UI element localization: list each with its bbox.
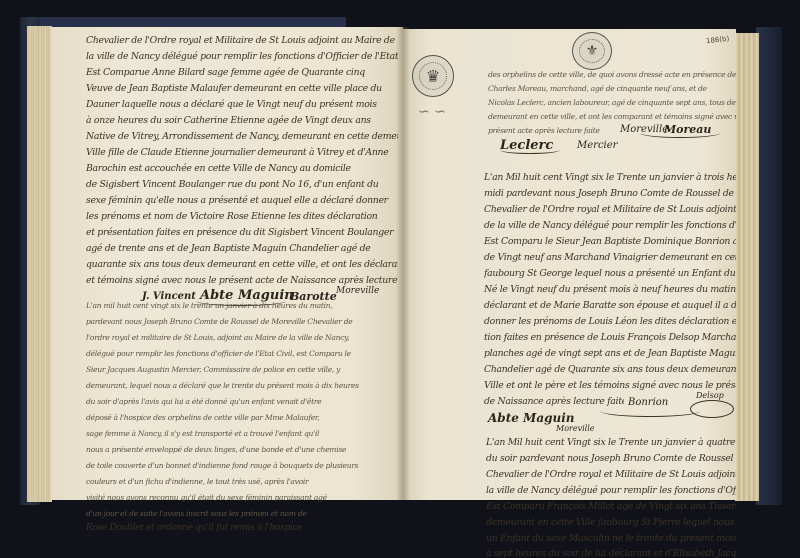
signature-flourish: [690, 400, 734, 418]
left-line: et témoins signé avec nous le présent ac…: [86, 275, 398, 286]
right-line: demeurant en cette Ville faubourg St Pie…: [486, 517, 736, 528]
right-line: donner les prénoms de Louis Léon les dit…: [484, 316, 736, 327]
page-stack-right: [735, 33, 759, 501]
left-line: sage femme à Nancy, il s'y est transport…: [86, 429, 398, 438]
right-line: Nicolas Leclerc, ancien laboureur, agé d…: [488, 98, 736, 107]
right-line: Est Comparu le Sieur Jean Baptiste Domin…: [484, 236, 736, 247]
left-line: Sieur Jacques Augustin Mercier, Commissa…: [86, 365, 398, 374]
left-line: L'an mil huit cent vingt six le trente u…: [86, 301, 398, 310]
left-line: pardevant nous Joseph Bruno Comte de Rou…: [86, 317, 398, 326]
crown-crest-icon: ⚜: [586, 43, 599, 59]
left-line: Dauner laquelle nous a déclaré que le Vi…: [86, 99, 398, 110]
left-line: à onze heures du soir Catherine Etienne …: [86, 115, 398, 126]
right-line: demeurant en cette ville, et ont les com…: [488, 112, 736, 121]
left-line: nous a présenté enveloppé de deux linges…: [86, 445, 398, 454]
right-line: L'an Mil huit cent Vingt six le Trente u…: [486, 437, 736, 448]
signature-flourish: [500, 146, 560, 154]
left-line: Est Comparue Anne Bilard sage femme agée…: [86, 67, 398, 78]
right-line: des orphelins de cette ville, de quoi av…: [488, 70, 736, 79]
left-line: déposé à l'hospice des orphelins de cett…: [86, 413, 398, 422]
left-line: Native de Vitrey, Arrondissement de Nanc…: [86, 131, 398, 142]
right-line: Charles Moreau, marchand, agé de cinquan…: [488, 84, 736, 93]
seated-figure-icon: ♛: [426, 67, 440, 86]
left-line: quarante six ans tous deux demeurant en …: [86, 259, 398, 270]
page-stack-left: [27, 26, 52, 502]
left-line: couleurs et d'un fichu d'indienne, le to…: [86, 477, 398, 486]
right-line: tion faites en présence de Louis Françoi…: [484, 332, 736, 343]
right-line: Né le Vingt neuf du présent mois à neuf …: [484, 284, 736, 295]
right-line: la ville de Nancy délégué pour remplir l…: [486, 485, 736, 496]
signature-flourish: [640, 128, 720, 138]
margin-flourish: ∽ ∽: [418, 104, 446, 120]
right-line: de Naissance après lecture faite: [484, 396, 624, 407]
signature: Delsop: [696, 391, 724, 400]
left-line: de toile couverte d'un bonnet d'indienne…: [86, 461, 398, 470]
left-line: et présentation faites en présence du di…: [86, 227, 398, 238]
seal-stamp-left: ♛: [412, 55, 454, 97]
book-gutter: [396, 27, 410, 500]
right-line: du soir pardevant nous Joseph Bruno Comt…: [486, 453, 736, 464]
right-line: Ville et ont le père et les témoins sign…: [484, 380, 736, 391]
left-line: visité nous avons reconnu qu'il était du…: [86, 493, 398, 502]
left-line: demeurant, lequel nous a déclaré que le …: [86, 381, 398, 390]
left-line: de Sigisbert Vincent Boulanger rue du po…: [86, 179, 398, 190]
right-line: déclarant et de Marie Baratte son épouse…: [484, 300, 736, 311]
signature: Mercier: [577, 140, 617, 151]
right-line: un Enfant du sexe Masculin né le trente …: [486, 533, 736, 544]
right-line: de la ville de Nancy délégué pour rempli…: [484, 220, 736, 231]
left-line: les prénoms et nom de Victoire Rose Etie…: [86, 211, 398, 222]
signature: Moreville: [336, 286, 379, 296]
right-line: L'an Mil huit cent Vingt six le Trente u…: [484, 172, 736, 183]
signature-flourish: [600, 405, 700, 417]
left-line: délégué pour remplir les fonctions d'off…: [86, 349, 398, 358]
left-line: l'ordre royal et militaire de St Louis, …: [86, 333, 398, 342]
book-cover-top-edge: [24, 17, 346, 27]
right-line: planches agé de vingt sept ans et de Jea…: [484, 348, 736, 359]
left-line: Ville fille de Claude Etienne journalier…: [86, 147, 398, 158]
right-line: Chandelier agé de Quarante six ans tous …: [484, 364, 736, 375]
right-line: midi pardevant nous Joseph Bruno Comte d…: [484, 188, 736, 199]
left-line: Chevalier de l'Ordre royal et Militaire …: [86, 35, 398, 46]
seal-stamp-right: ⚜: [572, 32, 612, 70]
right-line: Est Comparu François Millot agé de Vingt…: [486, 501, 736, 512]
left-line: agé de trente ans et de Jean Baptiste Ma…: [86, 243, 398, 254]
left-line: la ville de Nancy délégué pour remplir l…: [86, 51, 398, 62]
signature: Moreville: [556, 424, 595, 433]
book-cover-right: [756, 27, 782, 505]
right-line: présent acte après lecture faite: [488, 126, 618, 135]
signature: Abte Maguin: [488, 411, 575, 425]
left-line: d'un jour et de suite l'avons inscrit so…: [86, 509, 398, 518]
right-line: Chevalier de l'Ordre royal et Militaire …: [484, 204, 736, 215]
left-line: sexe féminin qu'elle nous a présenté et …: [86, 195, 398, 206]
right-line: à sept heures du soir de lui déclarant e…: [486, 548, 736, 558]
left-line: du soir d'après l'avis qui lui a été don…: [86, 397, 398, 406]
right-line: Chevalier de l'Ordre royal et Militaire …: [486, 469, 736, 480]
right-line: de Vingt neuf ans Marchand Vinaigrier de…: [484, 252, 736, 263]
left-line: Rose Doublet et ordonné qu'il fut remis …: [86, 523, 398, 533]
left-line: Veuve de Jean Baptiste Malaufer demeuran…: [86, 83, 398, 94]
right-line: faubourg St George lequel nous a présent…: [484, 268, 736, 279]
left-line: Barochin est accouchée en cette Ville de…: [86, 163, 398, 174]
